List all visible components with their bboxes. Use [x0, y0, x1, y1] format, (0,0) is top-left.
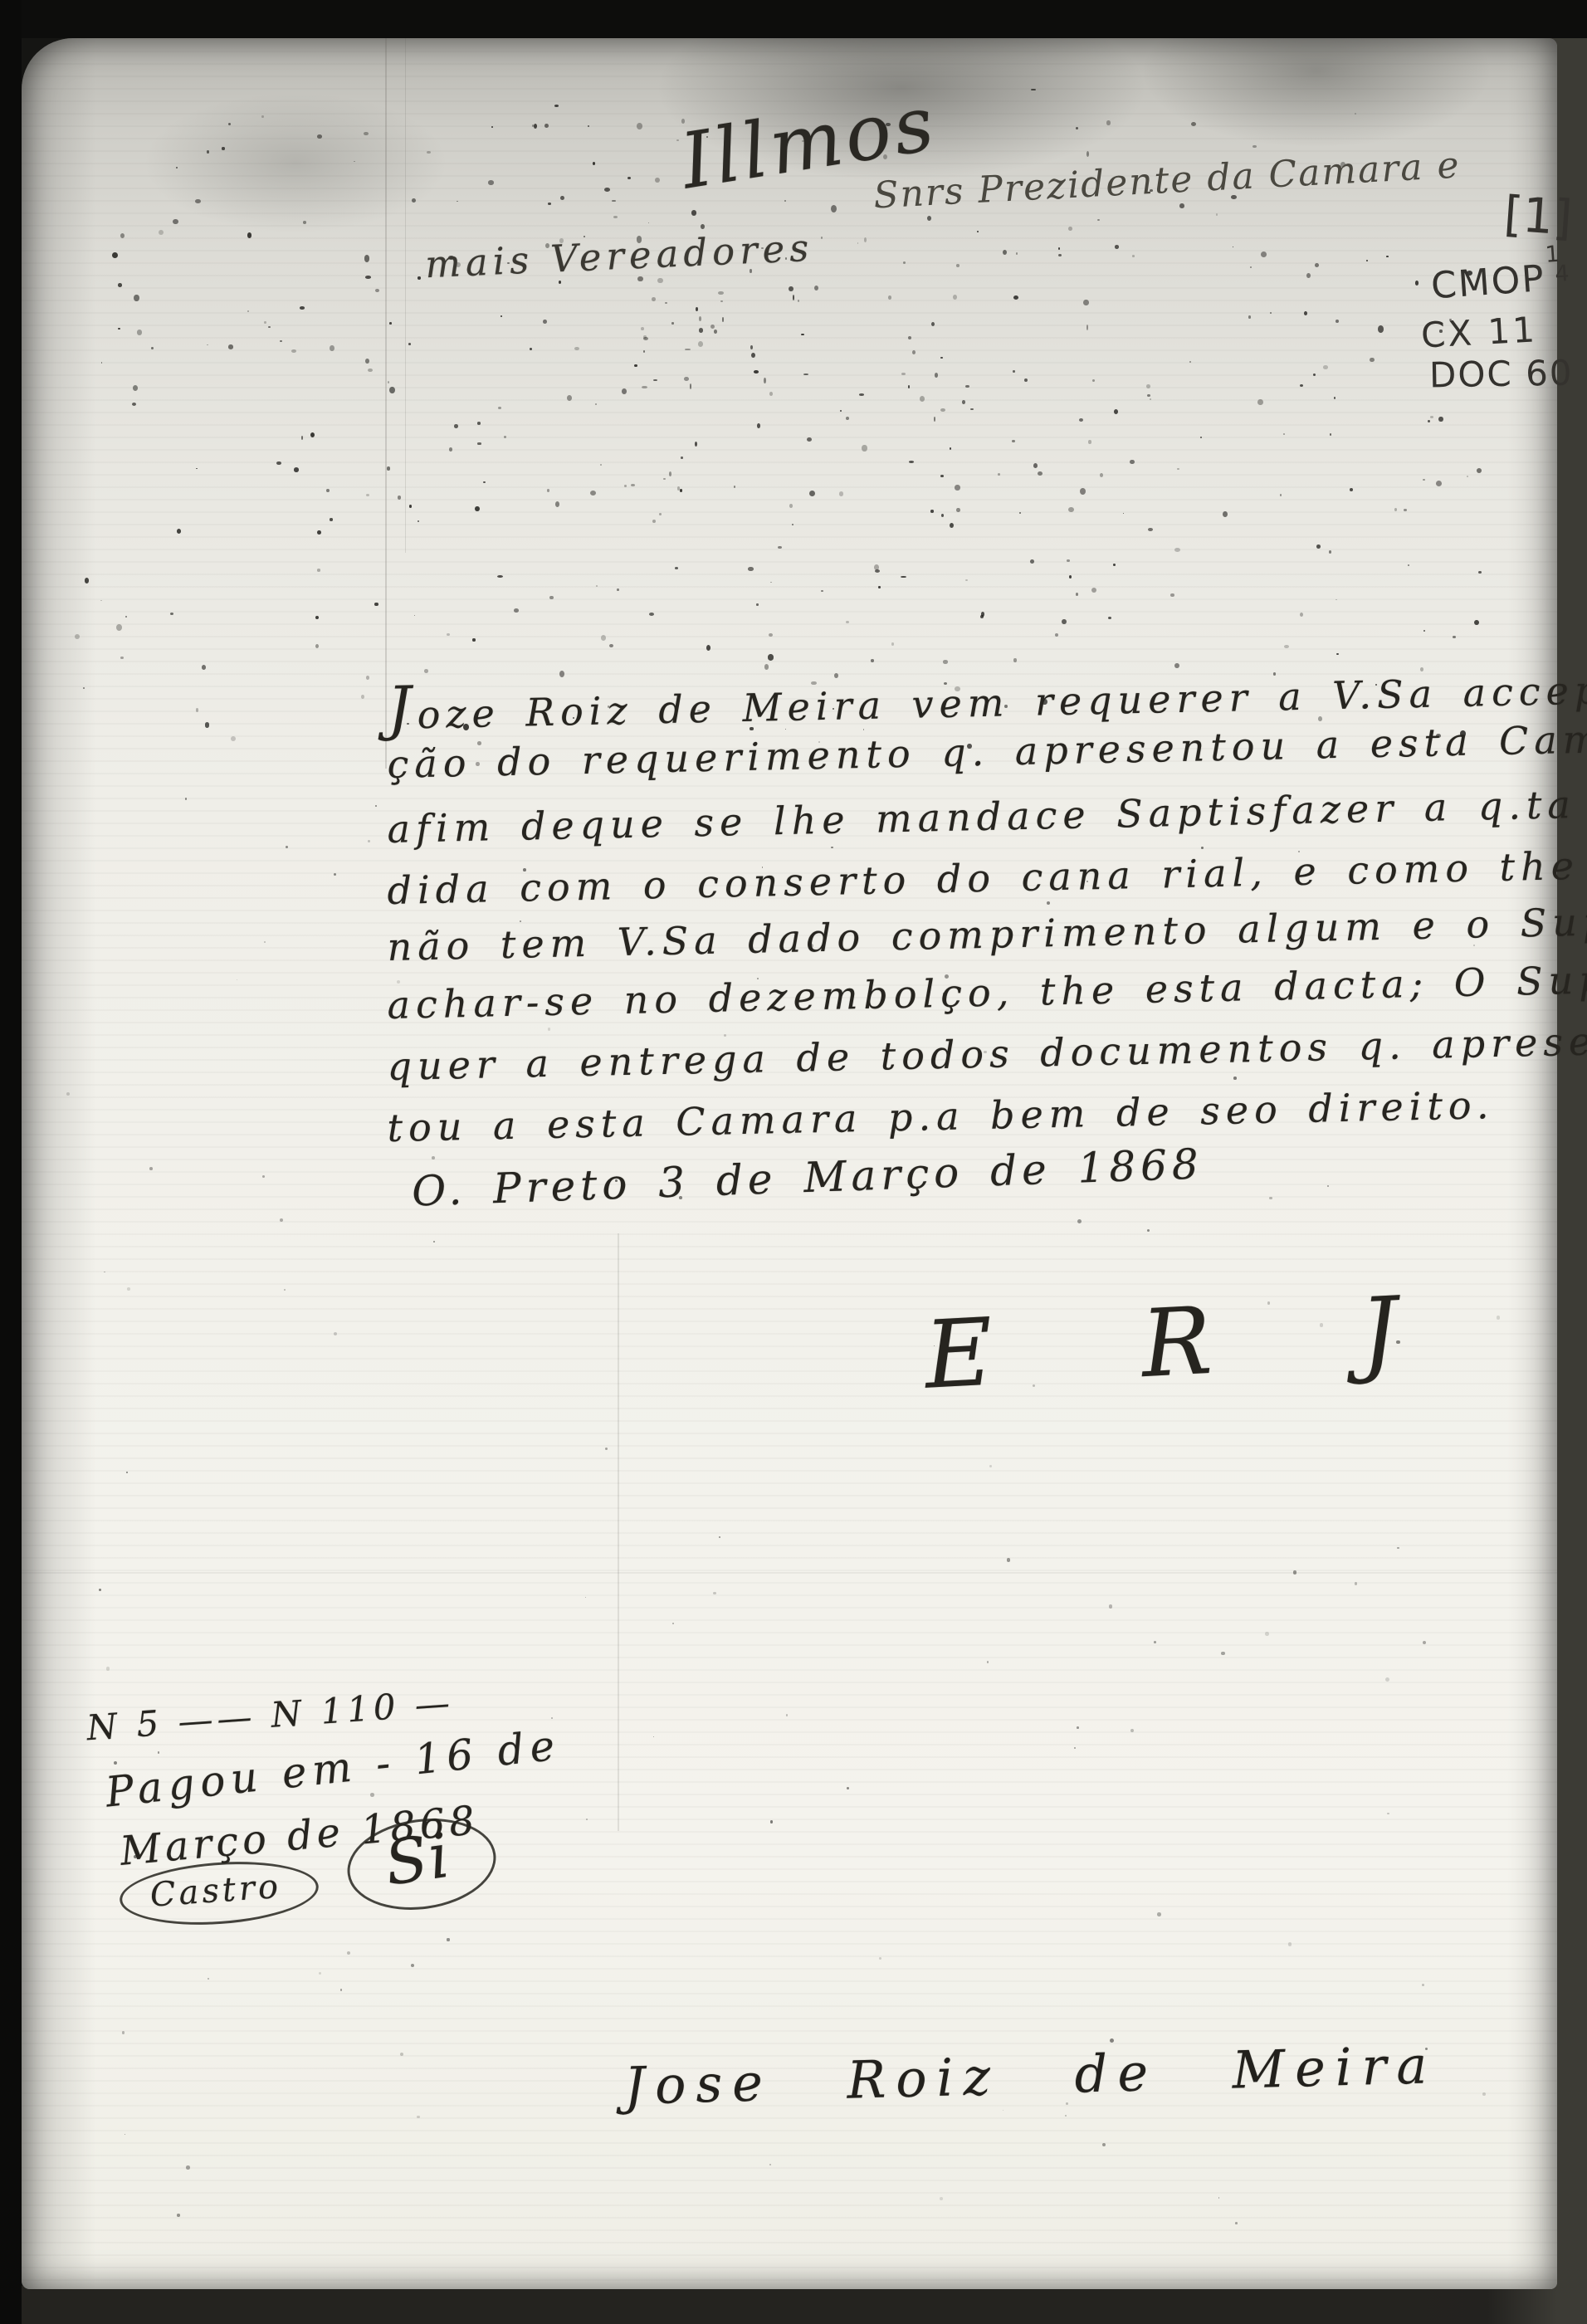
archival-collection-code: CMOP14	[1429, 256, 1564, 308]
fold-line-vertical-1	[385, 38, 387, 769]
body-line-3: afim deque se lhe mandace Saptisfazer a …	[387, 778, 1587, 852]
body-line-8: tou a esta Camara p.a bem de seo direito…	[387, 1082, 1495, 1150]
salutation-line2: mais Vereadores	[424, 226, 814, 286]
body-line-4: dida com o conserto do cana rial, e como…	[387, 840, 1587, 913]
archival-collection-fraction: 14	[1545, 245, 1563, 286]
dateline: O. Preto 3 de Março de 1868	[411, 1140, 1204, 1215]
closing-erj: E R J	[922, 1274, 1460, 1409]
body-line-7: quer a entrega de todos documentos q. ap…	[387, 1018, 1587, 1089]
archival-collection-text: CMOP	[1429, 257, 1546, 307]
fold-line-vertical-2	[405, 38, 406, 553]
scan-background: { "colors": { "paper": "#f2f1eb", "ink":…	[0, 0, 1587, 2324]
petitioner-signature: Jose Roiz de Meira	[623, 2034, 1438, 2116]
archival-fraction-bottom: 4	[1555, 264, 1572, 285]
fold-line-horizontal	[22, 1572, 1557, 1574]
archival-box-label: CX 11	[1420, 309, 1538, 355]
archival-page-marker: [1]	[1502, 185, 1575, 247]
archival-doc-label: DOC 60	[1429, 352, 1574, 395]
document-page: Illmos Snrs Prezidente da Camara e mais …	[22, 38, 1557, 2289]
fold-line-vertical-3	[618, 1233, 619, 1831]
salutation-line1: Snrs Prezidente da Camara e	[872, 144, 1461, 217]
